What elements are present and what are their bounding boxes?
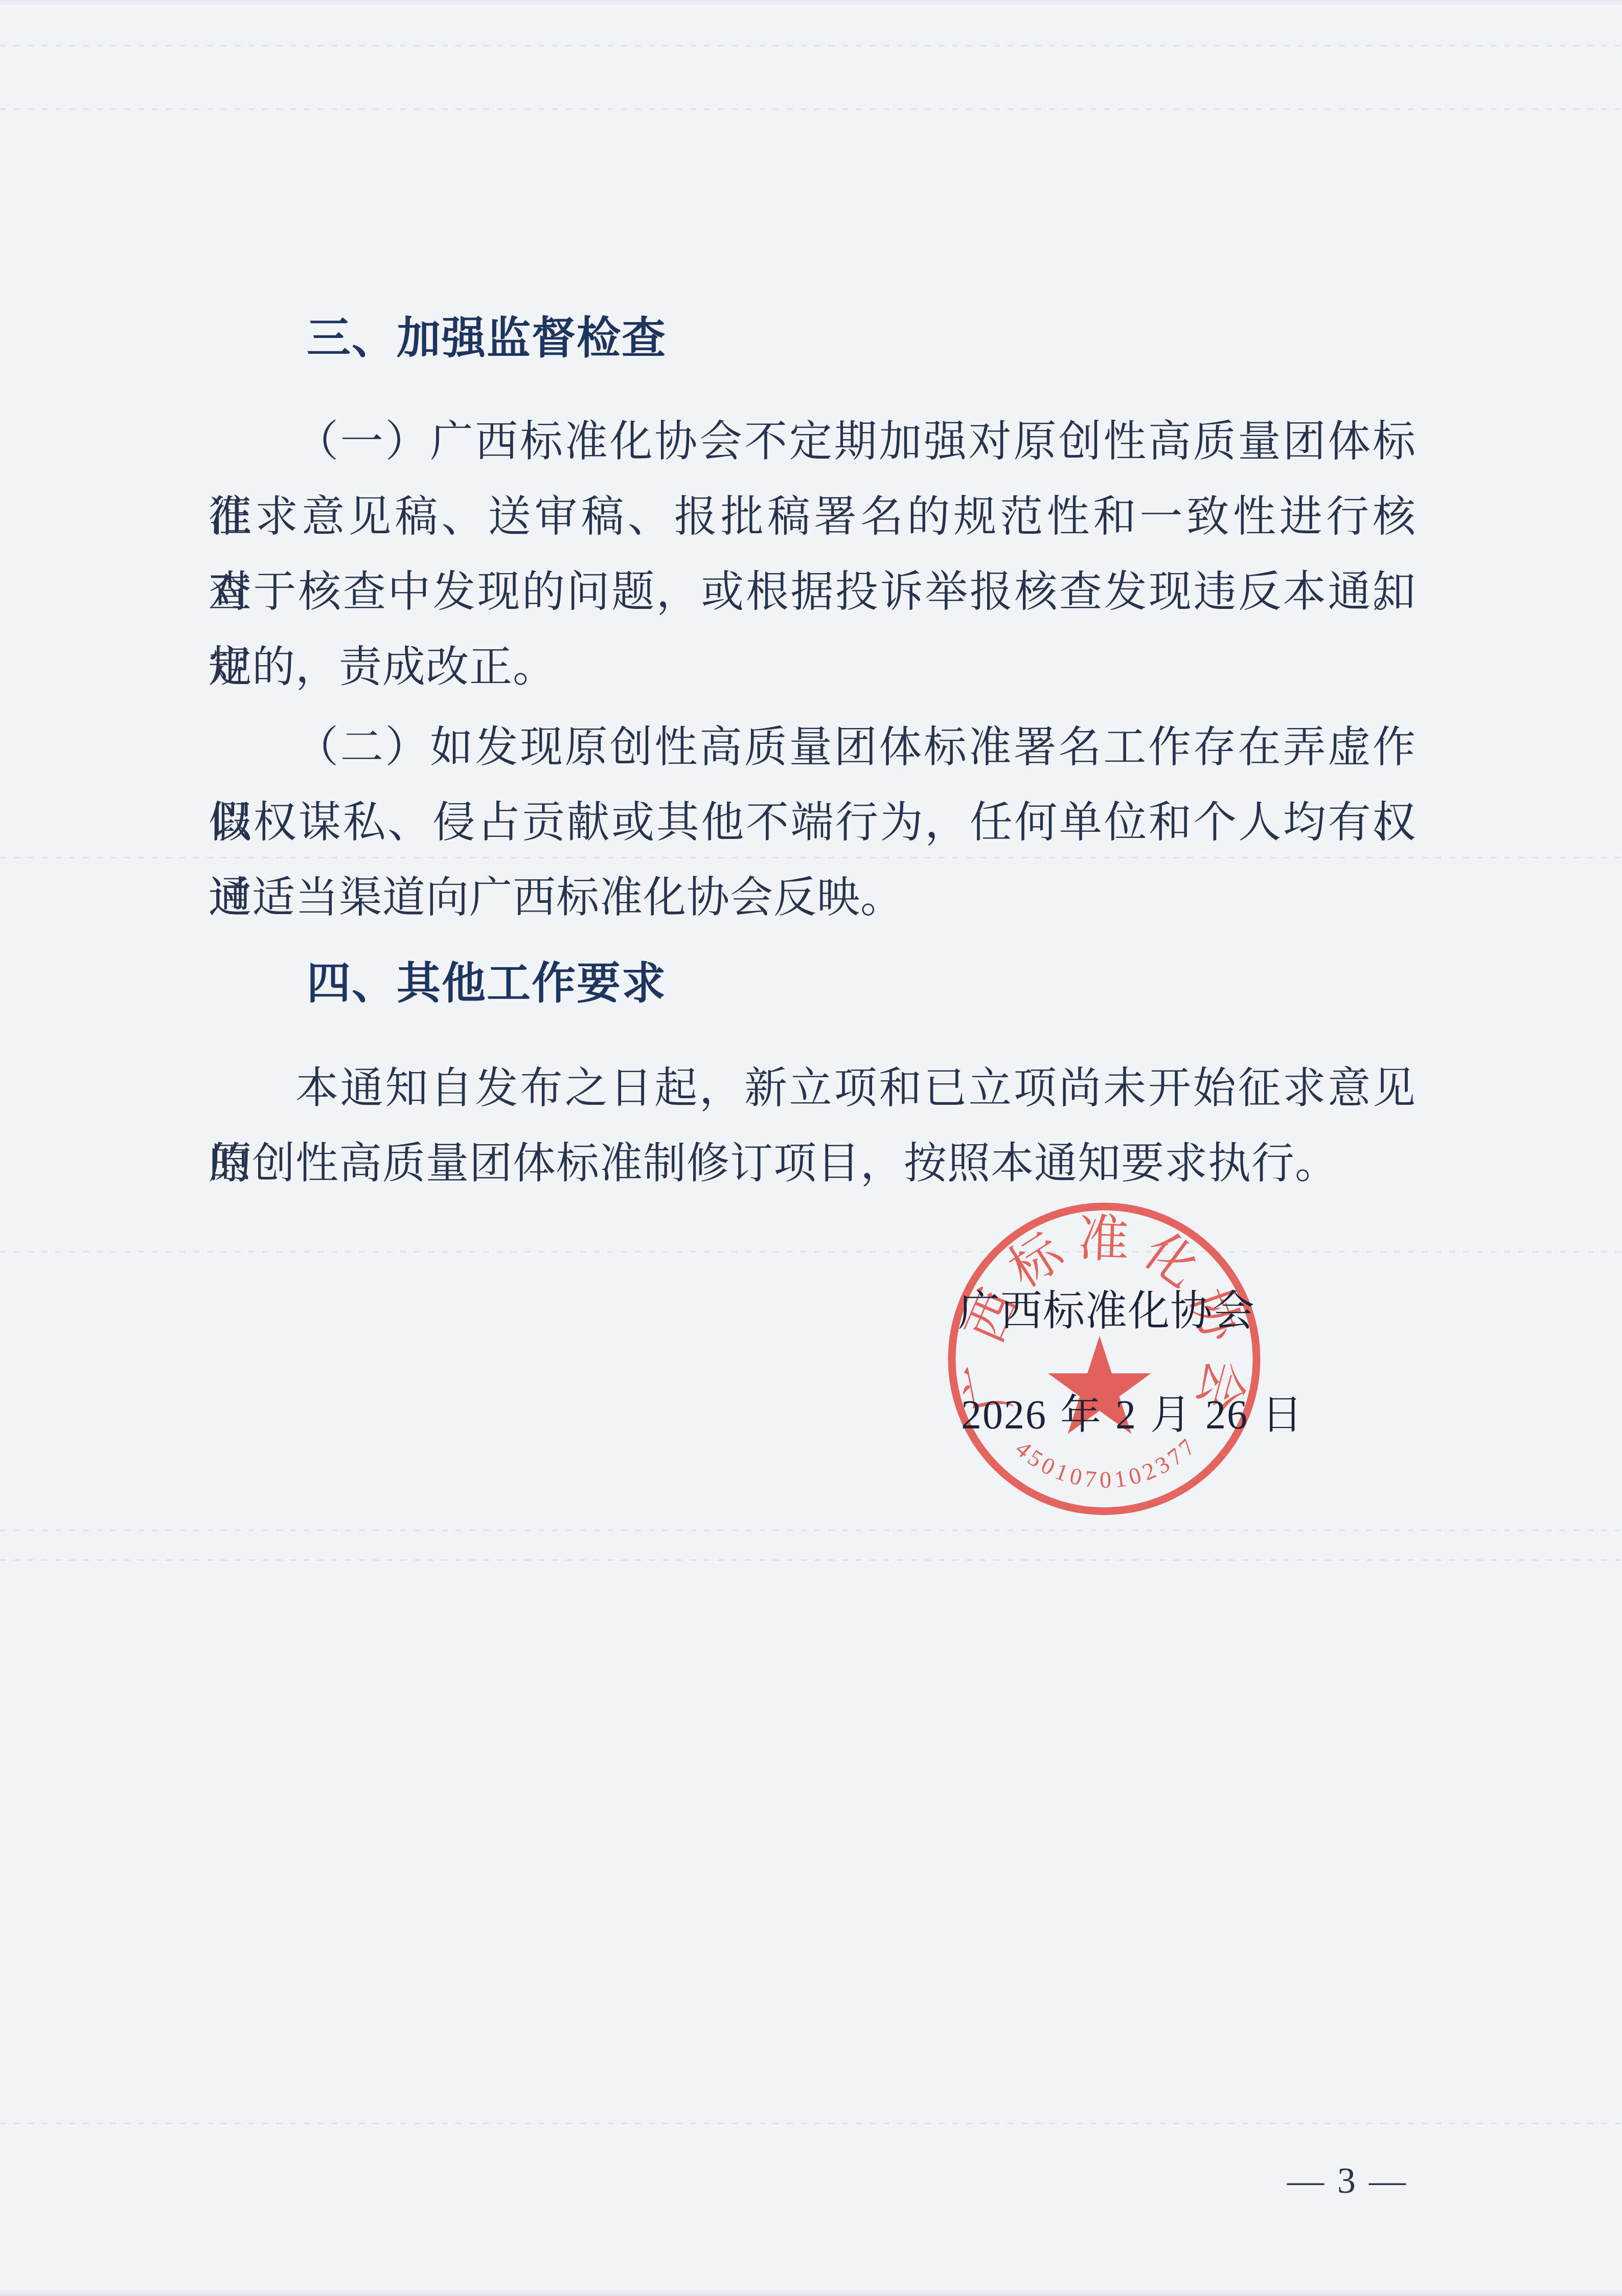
official-seal: 广西标准化协会 4501070102377 — [945, 1199, 1264, 1518]
section-heading-supervision: 三、加强监督检查 — [307, 315, 667, 362]
text-line: 定的，责成改正。 — [209, 630, 1416, 705]
text-line: 征求意见稿、送审稿、报批稿署名的规范性和一致性进行核查。 — [209, 480, 1416, 555]
text-line: 本通知自发布之日起，新立项和已立项尚未开始征求意见的 — [209, 1051, 1416, 1126]
scan-artifact-line — [0, 2123, 1622, 2124]
signature-organization: 广西标准化协会 — [958, 1288, 1255, 1334]
text-line: 对于核查中发现的问题，或根据投诉举报核查发现违反本通知规 — [209, 555, 1416, 630]
scan-artifact-line — [0, 1530, 1622, 1531]
paragraph-supervision-1: （一）广西标准化协会不定期加强对原创性高质量团体标准征求意见稿、送审稿、报批稿署… — [209, 404, 1416, 705]
signature-date: 2026 年 2 月 26 日 — [961, 1392, 1304, 1439]
section-heading-other-requirements: 四、其他工作要求 — [307, 960, 667, 1008]
page-number: — 3 — — [1287, 2159, 1408, 2202]
paragraph-supervision-2: （二）如发现原创性高质量团体标准署名工作存在弄虚作假、以权谋私、侵占贡献或其他不… — [209, 710, 1416, 936]
text-line: 过适当渠道向广西标准化协会反映。 — [209, 860, 1416, 936]
paragraph-other-requirements: 本通知自发布之日起，新立项和已立项尚未开始征求意见的原创性高质量团体标准制修订项… — [209, 1051, 1416, 1201]
scan-artifact-line — [0, 108, 1622, 110]
seal-serial-number: 4501070102377 — [1011, 1431, 1203, 1493]
text-line: 以权谋私、侵占贡献或其他不端行为，任何单位和个人均有权通 — [209, 785, 1416, 860]
scan-artifact-line — [0, 1251, 1622, 1253]
text-line: （二）如发现原创性高质量团体标准署名工作存在弄虚作假、 — [209, 710, 1416, 785]
text-line: 原创性高质量团体标准制修订项目，按照本通知要求执行。 — [209, 1126, 1416, 1201]
document-page: 三、加强监督检查 （一）广西标准化协会不定期加强对原创性高质量团体标准征求意见稿… — [0, 0, 1622, 2296]
scan-edge-bottom — [0, 2289, 1622, 2296]
scan-artifact-line — [0, 45, 1622, 47]
text-line: （一）广西标准化协会不定期加强对原创性高质量团体标准 — [209, 404, 1416, 480]
scan-edge-top — [0, 0, 1622, 6]
scan-artifact-line — [0, 1559, 1622, 1561]
